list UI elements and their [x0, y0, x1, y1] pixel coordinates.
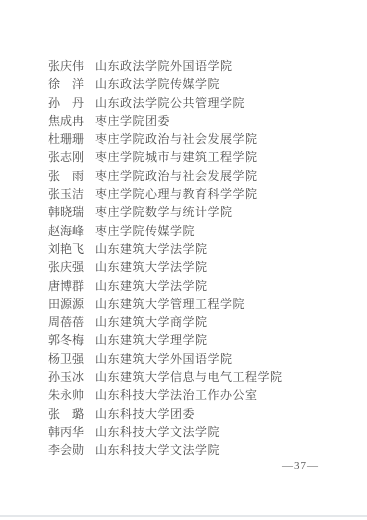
list-item: 徐洋山东政法学院传媒学院: [48, 75, 348, 93]
organization-name: 山东科技大学团委: [95, 405, 195, 423]
person-name: 韩丙华: [48, 423, 84, 441]
list-item: 唐博群山东建筑大学法学院: [48, 277, 348, 295]
list-item: 张玉洁枣庄学院心理与教育科学学院: [48, 185, 348, 203]
list-item: 张庆伟山东政法学院外国语学院: [48, 57, 348, 75]
organization-name: 山东建筑大学理学院: [95, 331, 208, 349]
person-name: 张庆伟: [48, 57, 84, 75]
organization-name: 山东政法学院公共管理学院: [95, 94, 245, 112]
organization-name: 山东建筑大学商学院: [95, 313, 208, 331]
person-name: 周蓓蓓: [48, 313, 84, 331]
person-name: 唐博群: [48, 277, 84, 295]
list-item: 孙玉冰山东建筑大学信息与电气工程学院: [48, 368, 348, 386]
list-item: 韩晓瑞枣庄学院数学与统计学院: [48, 203, 348, 221]
list-item: 郭冬梅山东建筑大学理学院: [48, 331, 348, 349]
person-name: 张玉洁: [48, 185, 84, 203]
organization-name: 枣庄学院团委: [95, 112, 170, 130]
list-item: 张志刚枣庄学院城市与建筑工程学院: [48, 148, 348, 166]
organization-name: 枣庄学院传媒学院: [95, 222, 195, 240]
list-item: 刘艳飞山东建筑大学法学院: [48, 240, 348, 258]
page-edge-divider: [0, 515, 367, 517]
person-name: 焦成冉: [48, 112, 84, 130]
list-item: 杜珊珊枣庄学院政治与社会发展学院: [48, 130, 348, 148]
list-item: 田源源山东建筑大学管理工程学院: [48, 295, 348, 313]
organization-name: 枣庄学院政治与社会发展学院: [95, 167, 258, 185]
person-name: 朱永帅: [48, 386, 84, 404]
person-name: 田源源: [48, 295, 84, 313]
person-name: 赵海峰: [48, 222, 84, 240]
list-item: 张璐山东科技大学团委: [48, 405, 348, 423]
organization-name: 枣庄学院数学与统计学院: [95, 203, 233, 221]
organization-name: 枣庄学院心理与教育科学学院: [95, 185, 258, 203]
person-name: 张璐: [48, 405, 84, 423]
person-name: 张雨: [48, 167, 84, 185]
list-item: 朱永帅山东科技大学法治工作办公室: [48, 386, 348, 404]
list-item: 张雨枣庄学院政治与社会发展学院: [48, 167, 348, 185]
person-name: 孙玉冰: [48, 368, 84, 386]
organization-name: 山东建筑大学管理工程学院: [95, 295, 245, 313]
roster-list: 张庆伟山东政法学院外国语学院徐洋山东政法学院传媒学院孙丹山东政法学院公共管理学院…: [48, 57, 348, 460]
list-item: 赵海峰枣庄学院传媒学院: [48, 222, 348, 240]
organization-name: 山东科技大学法治工作办公室: [95, 386, 258, 404]
organization-name: 山东建筑大学法学院: [95, 277, 208, 295]
list-item: 张庆强山东建筑大学法学院: [48, 258, 348, 276]
person-name: 张志刚: [48, 148, 84, 166]
organization-name: 山东建筑大学外国语学院: [95, 350, 233, 368]
organization-name: 山东建筑大学法学院: [95, 258, 208, 276]
organization-name: 山东科技大学文法学院: [95, 423, 220, 441]
list-item: 韩丙华山东科技大学文法学院: [48, 423, 348, 441]
person-name: 刘艳飞: [48, 240, 84, 258]
organization-name: 山东政法学院传媒学院: [95, 75, 220, 93]
list-item: 焦成冉枣庄学院团委: [48, 112, 348, 130]
organization-name: 山东建筑大学法学院: [95, 240, 208, 258]
organization-name: 山东政法学院外国语学院: [95, 57, 233, 75]
list-item: 杨卫强山东建筑大学外国语学院: [48, 350, 348, 368]
person-name: 张庆强: [48, 258, 84, 276]
person-name: 郭冬梅: [48, 331, 84, 349]
organization-name: 枣庄学院城市与建筑工程学院: [95, 148, 258, 166]
person-name: 徐洋: [48, 75, 84, 93]
document-page: 张庆伟山东政法学院外国语学院徐洋山东政法学院传媒学院孙丹山东政法学院公共管理学院…: [0, 0, 367, 520]
list-item: 李会勋山东科技大学文法学院: [48, 441, 348, 459]
organization-name: 枣庄学院政治与社会发展学院: [95, 130, 258, 148]
page-number: —37—: [282, 459, 319, 473]
person-name: 杜珊珊: [48, 130, 84, 148]
organization-name: 山东科技大学文法学院: [95, 441, 220, 459]
person-name: 孙丹: [48, 94, 84, 112]
organization-name: 山东建筑大学信息与电气工程学院: [95, 368, 283, 386]
list-item: 周蓓蓓山东建筑大学商学院: [48, 313, 348, 331]
person-name: 杨卫强: [48, 350, 84, 368]
list-item: 孙丹山东政法学院公共管理学院: [48, 94, 348, 112]
person-name: 李会勋: [48, 441, 84, 459]
person-name: 韩晓瑞: [48, 203, 84, 221]
